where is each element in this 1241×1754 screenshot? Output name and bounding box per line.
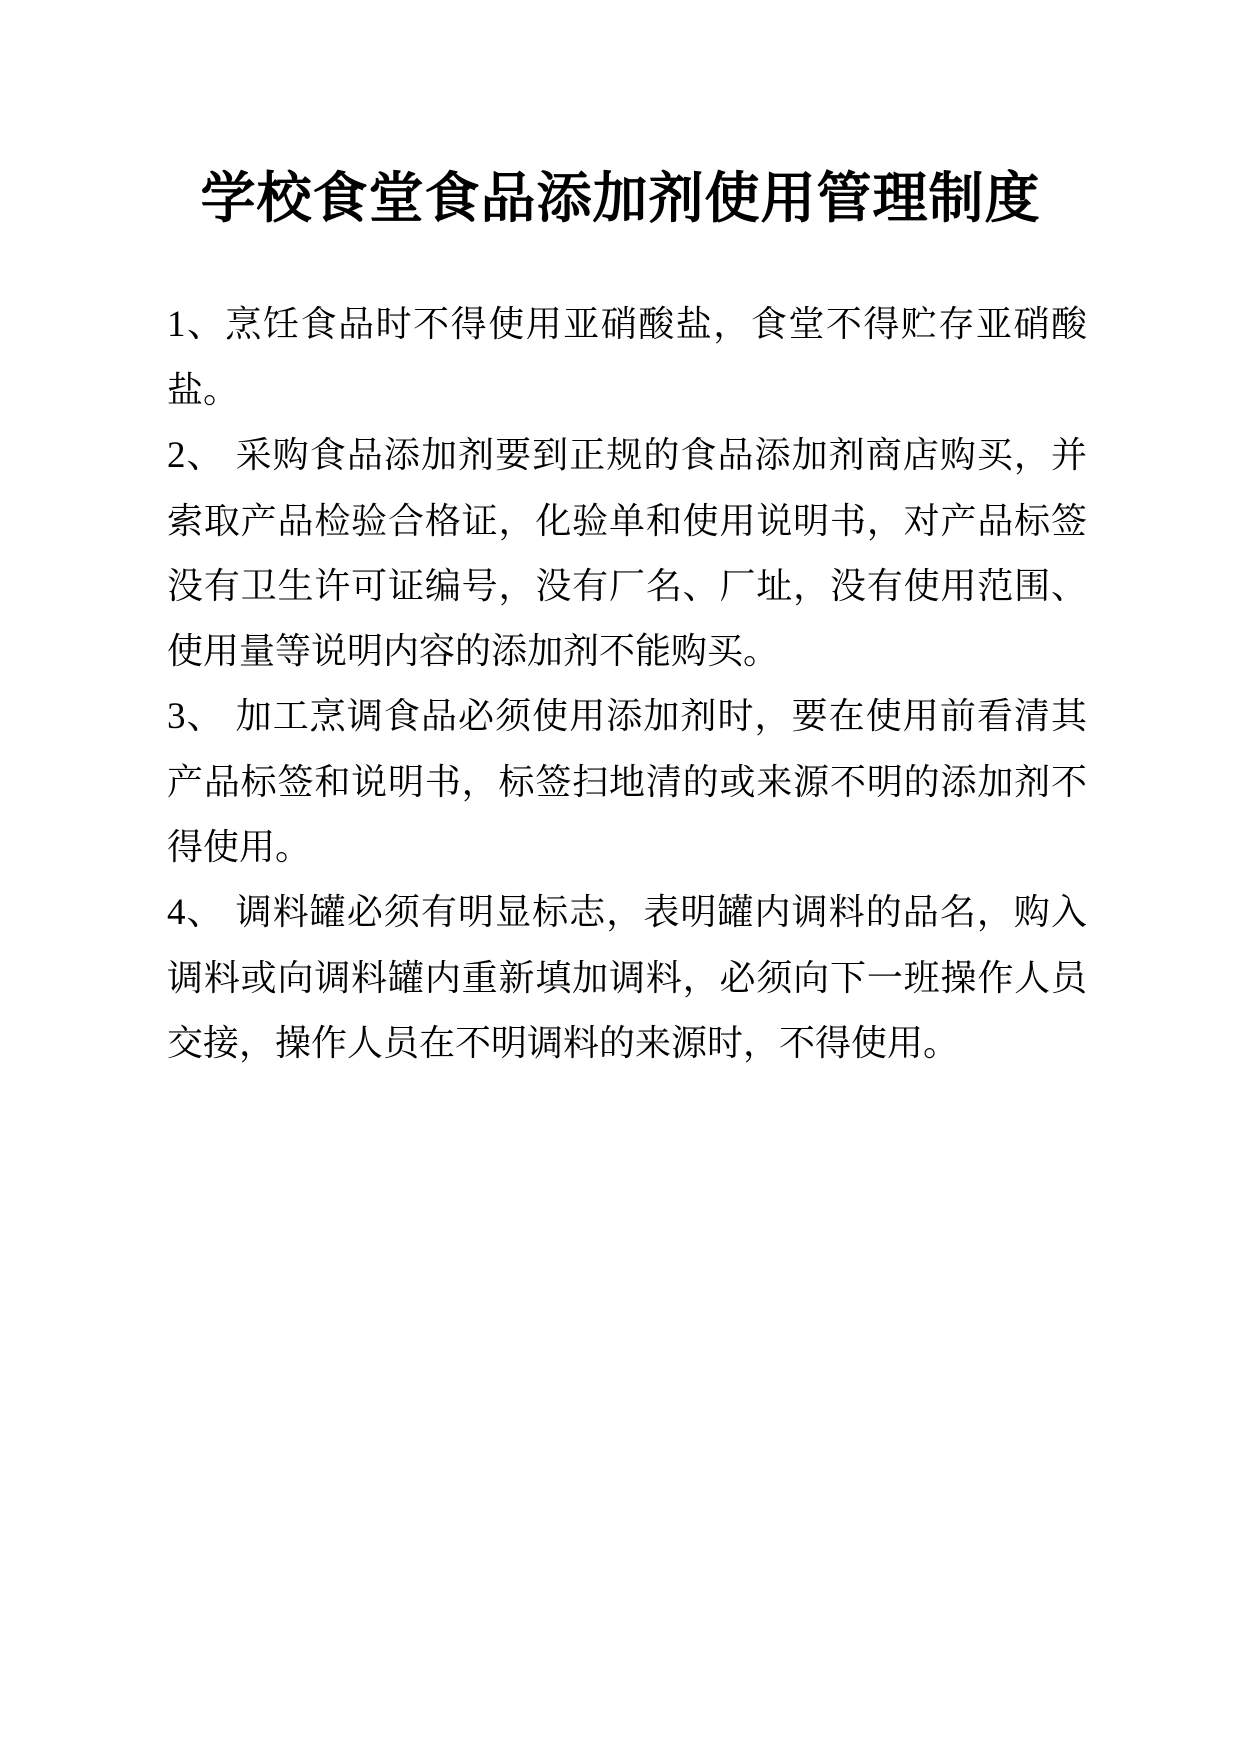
paragraph-number: 3、 (167, 696, 225, 737)
paragraph-text: 烹饪食品时不得使用亚硝酸盐，食堂不得贮存亚硝酸盐。 (167, 303, 1087, 410)
paragraph: 2、 采购食品添加剂要到正规的食品添加剂商店购买，并索取产品检验合格证，化验单和… (167, 422, 1087, 683)
document-title: 学校食堂食品添加剂使用管理制度 (0, 168, 1241, 229)
paragraph-number: 2、 (167, 435, 225, 476)
paragraph-text: 调料罐必须有明显标志，表明罐内调料的品名，购入调料或向调料罐内重新填加调料，必须… (167, 891, 1087, 1063)
paragraph: 4、 调料罐必须有明显标志，表明罐内调料的品名，购入调料或向调料罐内重新填加调料… (167, 879, 1087, 1075)
paragraph-number: 1、 (167, 304, 226, 345)
paragraph-text: 加工烹调食品必须使用添加剂时，要在使用前看清其产品标签和说明书，标签扫地清的或来… (167, 695, 1087, 867)
paragraph-number: 4、 (167, 892, 225, 933)
paragraph: 1、烹饪食品时不得使用亚硝酸盐，食堂不得贮存亚硝酸盐。 (167, 291, 1087, 422)
document-body: 1、烹饪食品时不得使用亚硝酸盐，食堂不得贮存亚硝酸盐。 2、 采购食品添加剂要到… (167, 291, 1087, 1075)
paragraph: 3、 加工烹调食品必须使用添加剂时，要在使用前看清其产品标签和说明书，标签扫地清… (167, 683, 1087, 879)
paragraph-text: 采购食品添加剂要到正规的食品添加剂商店购买，并索取产品检验合格证，化验单和使用说… (167, 434, 1087, 671)
document-page: 学校食堂食品添加剂使用管理制度 1、烹饪食品时不得使用亚硝酸盐，食堂不得贮存亚硝… (0, 0, 1241, 1754)
